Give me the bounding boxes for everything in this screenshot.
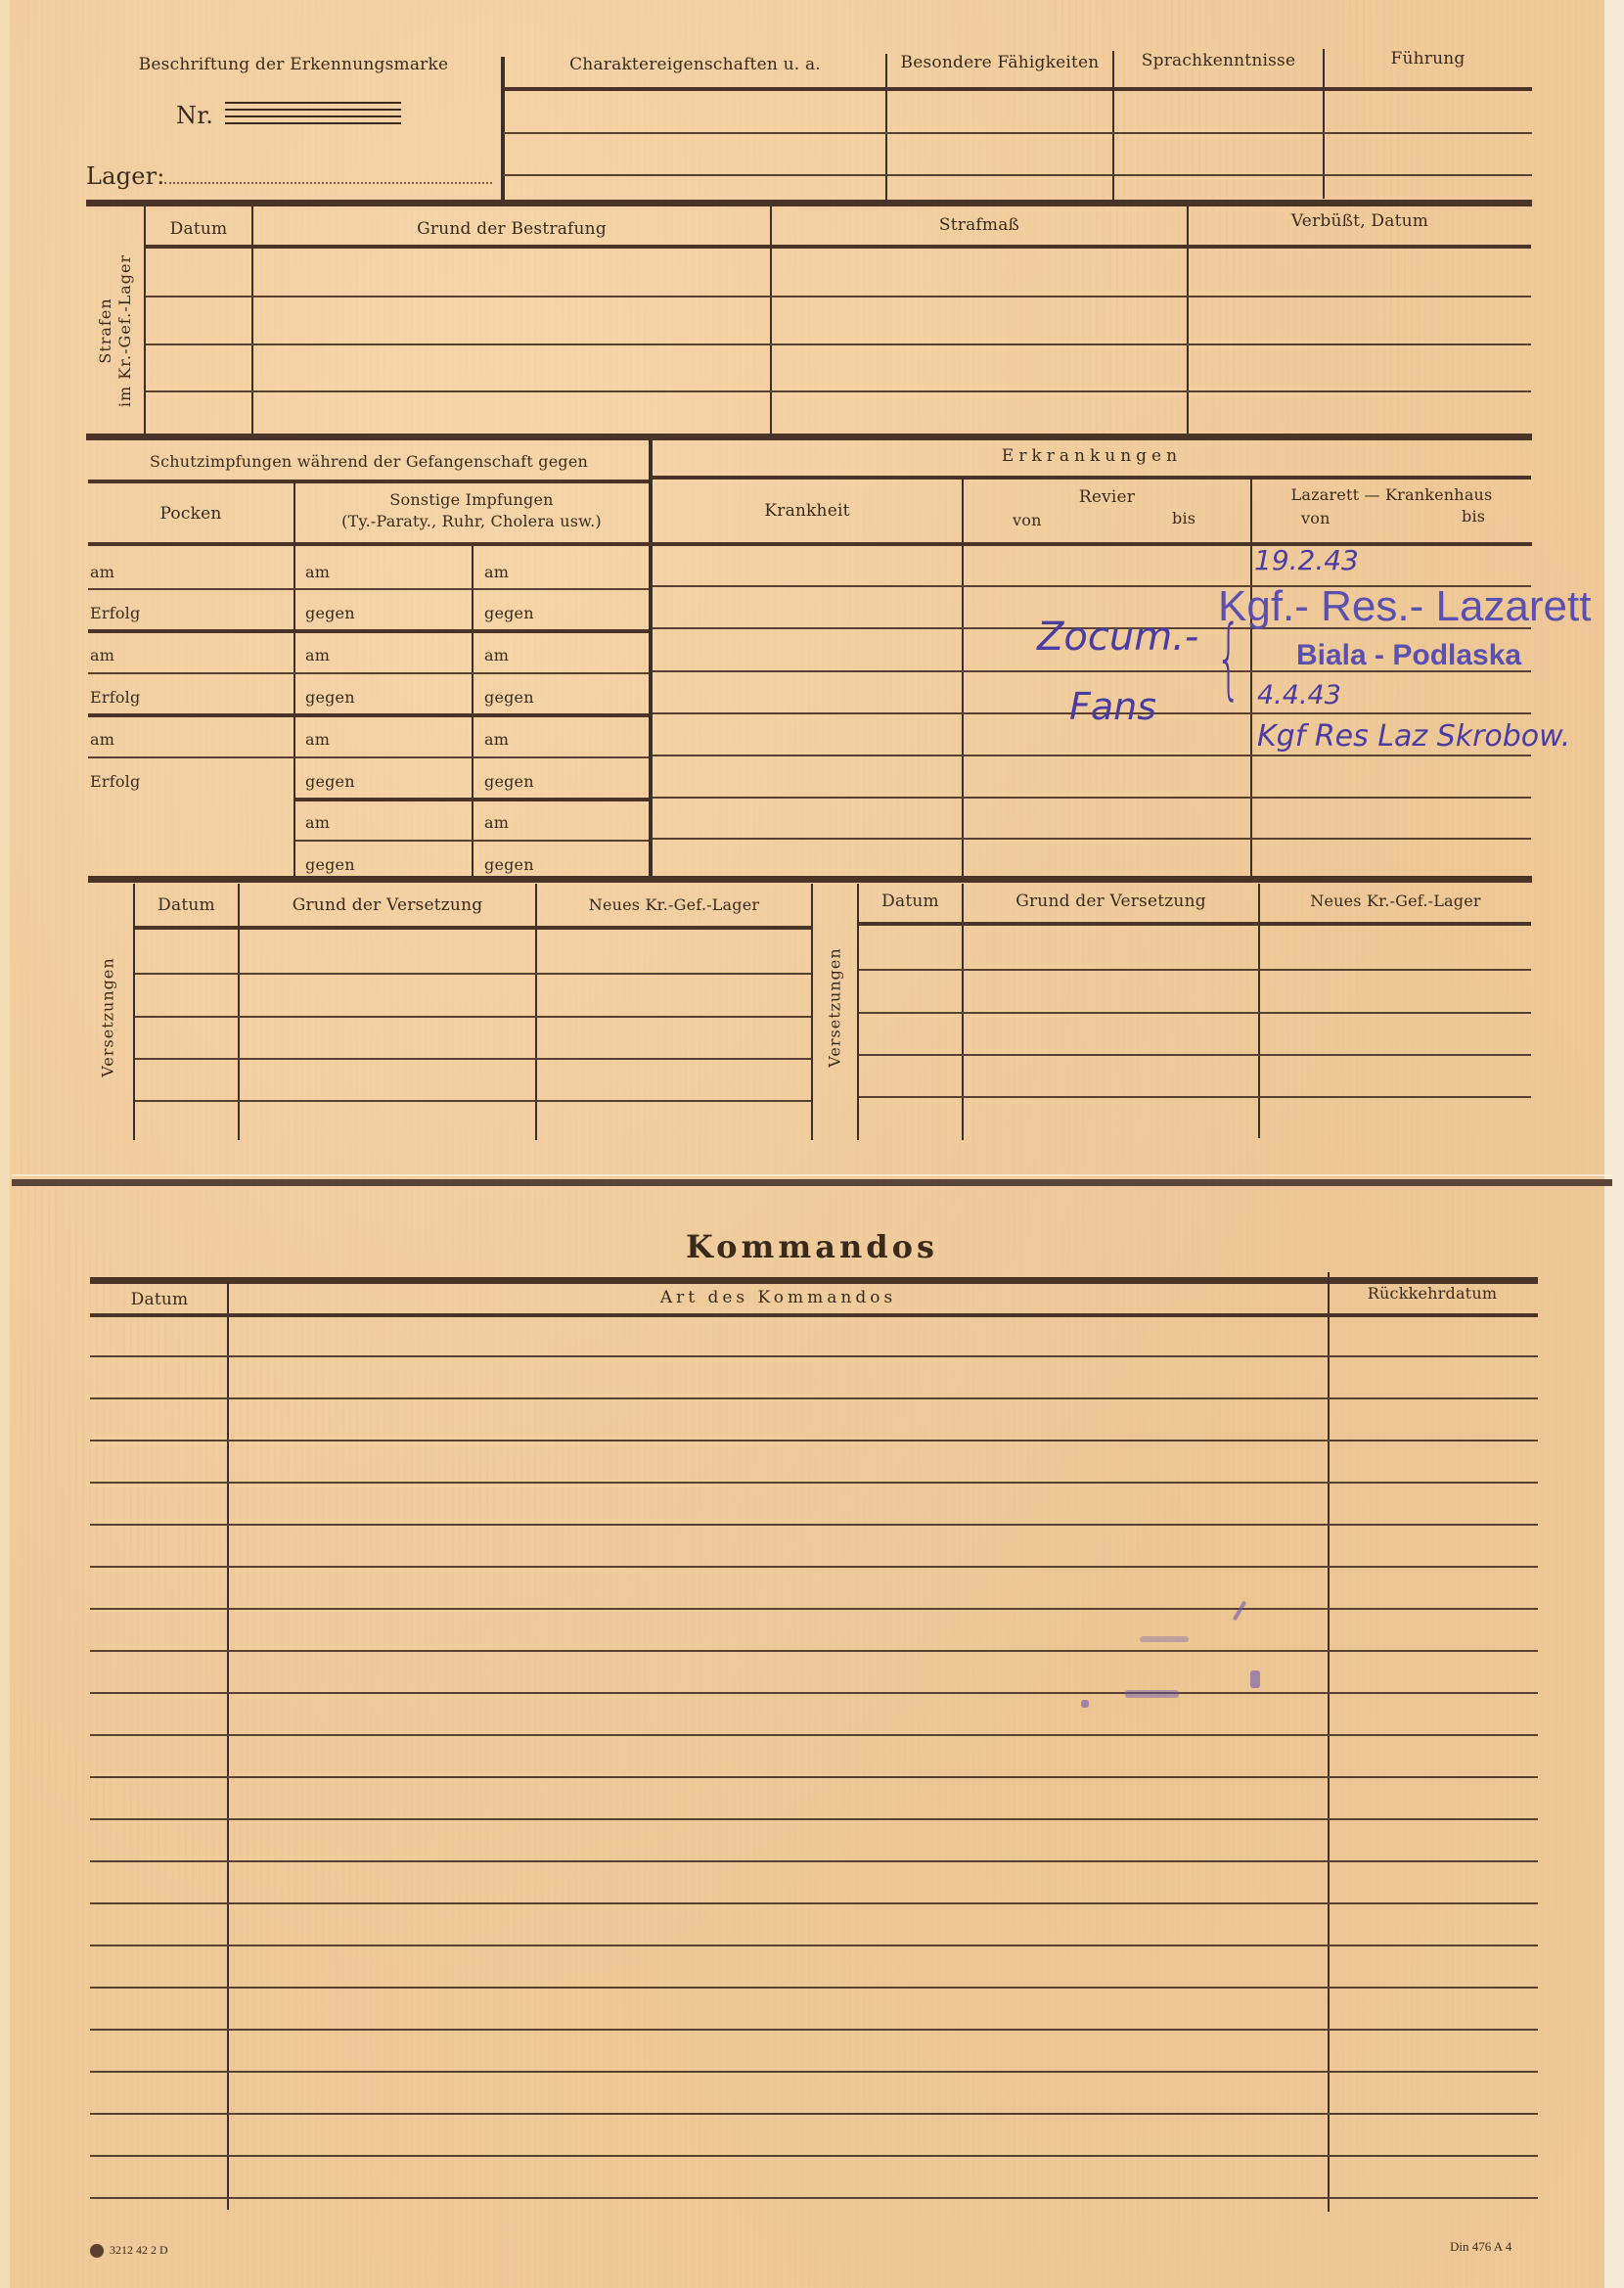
nr-field[interactable] [225,102,401,129]
pocken-am-1: am [90,563,114,581]
sonstige-a-gegen-1: gegen [305,604,355,622]
kommandos-row-rule [90,1734,1538,1736]
handwritten-lazarett-transfer: Kgf Res Laz Skrobow. [1257,719,1570,754]
kommandos-row-rule [90,2197,1538,2199]
sonstige-a-gegen-3: gegen [305,772,355,791]
erkrankungen-title: Erkrankungen [653,446,1531,466]
rule [653,838,1531,840]
divider [770,206,772,437]
divider [472,544,474,878]
col-art-kommandos: Art des Kommandos [229,1288,1328,1307]
ink-mark [1125,1690,1179,1698]
rule [88,713,649,717]
kommandos-row-rule [90,1482,1538,1484]
rule [90,1277,1538,1284]
col-grund-versetzung-right: Grund der Versetzung [964,892,1258,911]
revier-von: von [1013,511,1042,529]
kommandos-row-rule [90,1650,1538,1652]
rule [859,1096,1531,1098]
printer-seal-icon [90,2244,104,2258]
rule [653,797,1531,799]
sonstige-a-am-3: am [305,730,330,749]
divider [1112,51,1114,200]
col-krankheit: Krankheit [653,501,962,521]
col-grund-bestrafung: Grund der Bestrafung [253,219,770,239]
kommandos-title: Kommandos [0,1228,1624,1265]
kommandos-row-rule [90,1566,1538,1568]
col-datum-left: Datum [135,895,238,915]
rule [90,1313,1538,1317]
pocken-erfolg-2: Erfolg [90,688,140,707]
handwritten-lazarett-date-2: 4.4.43 [1257,680,1341,710]
col-pocken: Pocken [90,504,292,524]
versetzungen-side-label-right: Versetzungen [826,939,844,1076]
lazarett-von: von [1301,509,1331,527]
sonstige-b-gegen-2: gegen [484,688,534,707]
col-sprachkenntnisse: Sprachkenntnisse [1114,51,1323,70]
rule [88,629,649,633]
kommandos-row-rule [90,2071,1538,2073]
rule [503,174,1532,176]
divider [1187,206,1189,437]
kommandos-row-rule [90,1397,1538,1399]
lager-field[interactable] [164,182,492,184]
nr-label: Nr. [176,102,213,129]
paper-right-edge [1604,0,1624,2288]
sonstige-a-am-2: am [305,646,330,664]
sonstige-b-gegen-4: gegen [484,855,534,874]
sonstige-b-gegen-3: gegen [484,772,534,791]
lazarett-bis: bis [1462,507,1485,526]
rule [146,343,1531,345]
rule [859,1054,1531,1056]
col-strafmass: Strafmaß [772,215,1187,235]
divider [501,57,505,204]
kommandos-row-rule [90,1692,1538,1694]
sonstige-b-am-4: am [484,813,509,832]
col-neues-lager-right: Neues Kr.-Gef.-Lager [1260,892,1531,910]
rule [88,672,649,674]
rule [653,476,1531,480]
rule [135,1058,811,1060]
strafen-side-label: Strafen im Kr.-Gef.-Lager [96,223,135,438]
rule [503,132,1532,134]
col-faehigkeiten: Besondere Fähigkeiten [887,53,1112,72]
col-neues-lager-left: Neues Kr.-Gef.-Lager [537,895,811,914]
col-datum: Datum [146,219,251,239]
pocken-am-2: am [90,646,114,664]
kommandos-row-rule [90,1355,1538,1357]
sonstige-b-am-1: am [484,563,509,581]
rule [88,480,649,483]
sonstige-b-am-2: am [484,646,509,664]
sonstige-b-am-3: am [484,730,509,749]
rule [503,87,1532,91]
ink-mark [1140,1636,1189,1642]
sonstige-a-gegen-4: gegen [305,855,355,874]
ink-mark [1233,1600,1246,1621]
erkennungsmarke-label: Beschriftung der Erkennungsmarke [132,55,455,74]
fold-highlight [12,1174,1612,1176]
kommandos-row-rule [90,1776,1538,1778]
rule [88,756,649,758]
col-revier: Revier [964,487,1250,507]
din-format: Din 476 A 4 [1450,2239,1511,2255]
kommandos-row-rule [90,1608,1538,1610]
rule [295,840,649,842]
divider [885,54,887,201]
kommandos-row-rule [90,1987,1538,1989]
rule [135,973,811,975]
kommandos-row-rule [90,1945,1538,1946]
col-datum-right: Datum [859,892,962,911]
divider [293,481,295,878]
ink-mark [1250,1670,1260,1688]
rule [86,200,1532,206]
handwritten-lazarett-date-1: 19.2.43 [1254,544,1359,576]
rule [135,1016,811,1018]
kommandos-row-rule [90,1902,1538,1904]
versetzungen-side-label-left: Versetzungen [99,949,117,1086]
rule [295,798,649,801]
col-rueckkehrdatum: Rückkehrdatum [1330,1284,1535,1303]
pocken-am-3: am [90,730,114,749]
rule [88,876,1532,883]
rule [859,922,1531,926]
divider [1323,49,1325,199]
rule [859,1012,1531,1014]
divider [811,884,813,1140]
col-datum: Datum [92,1290,227,1309]
rule [146,245,1531,249]
rule [653,755,1531,756]
divider [251,206,253,437]
kommandos-row-rule [90,2155,1538,2157]
divider [962,478,964,879]
fold-line [12,1179,1612,1186]
col-verbuesst: Verbüßt, Datum [1189,211,1531,231]
rule [86,434,1532,440]
pocken-erfolg-3: Erfolg [90,772,140,791]
sonstige-b-gegen-1: gegen [484,604,534,622]
pocken-erfolg-1: Erfolg [90,604,140,622]
paper-left-edge [0,0,10,2288]
kommandos-row-rule [90,1524,1538,1526]
stamp-lazarett: Kgf.- Res.- Lazarett [1218,582,1591,631]
handwritten-krankheit-1: Zocum.- [1037,615,1198,660]
sonstige-a-am-1: am [305,563,330,581]
col-lazarett: Lazarett — Krankenhaus [1252,485,1531,504]
col-grund-versetzung-left: Grund der Versetzung [240,895,535,915]
col-fuehrung: Führung [1325,49,1531,69]
handwritten-krankheit-2: Fans [1069,685,1156,728]
col-sonstige: Sonstige Impfungen (Ty.-Paraty., Ruhr, C… [295,489,648,532]
kommandos-row-rule [90,2113,1538,2115]
ink-mark [1081,1700,1089,1708]
col-charakter: Charaktereigenschaften u. a. [505,55,885,74]
impfungen-title: Schutzimpfungen während der Gefangenscha… [90,452,648,471]
kommandos-row-rule [90,1818,1538,1820]
divider [1250,478,1252,879]
divider [144,206,146,437]
rule [135,926,811,930]
revier-bis: bis [1172,509,1195,527]
stamp-location: Biala - Podlaska [1296,639,1521,672]
lager-label: Lager: [86,162,165,190]
sonstige-a-gegen-2: gegen [305,688,355,707]
kommandos-row-rule [90,1440,1538,1441]
rule [146,390,1531,392]
rule [859,969,1531,971]
rule [88,588,649,590]
rule [135,1100,811,1102]
kommandos-row-rule [90,2029,1538,2031]
kommandos-row-rule [90,1860,1538,1862]
sonstige-a-am-4: am [305,813,330,832]
print-code: 3212 42 2 D [90,2243,168,2258]
rule [146,296,1531,297]
